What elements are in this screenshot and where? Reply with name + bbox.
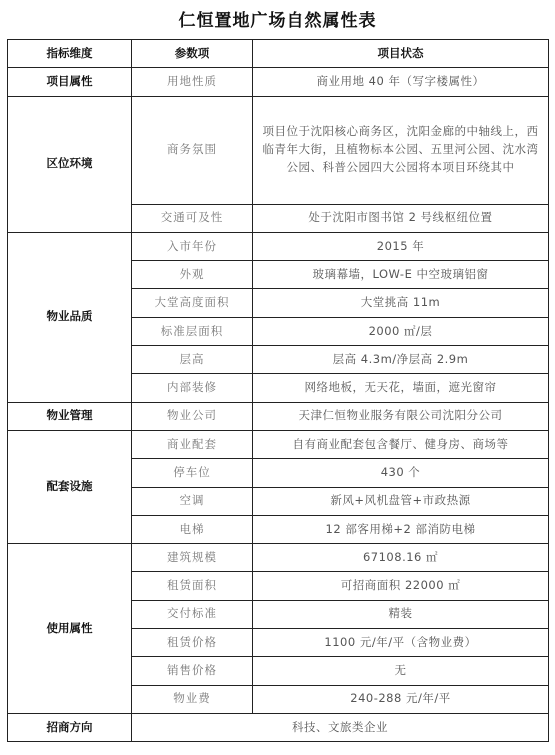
property-attributes-table: 指标维度 参数项 项目状态 项目属性 用地性质 商业用地 40 年（写字楼属性）…: [7, 39, 549, 742]
param-cell: 外观: [132, 261, 253, 289]
value-cell: 可招商面积 22000 ㎡: [253, 572, 549, 600]
value-cell: 精装: [253, 600, 549, 628]
param-cell: 大堂高度面积: [132, 289, 253, 317]
value-cell: 67108.16 ㎡: [253, 544, 549, 572]
param-cell: 商业配套: [132, 430, 253, 458]
value-cell: 自有商业配套包含餐厅、健身房、商场等: [253, 430, 549, 458]
table-row: 使用属性 建筑规模 67108.16 ㎡: [8, 544, 549, 572]
value-cell: 玻璃幕墙，LOW-E 中空玻璃铝窗: [253, 261, 549, 289]
table-row: 项目属性 用地性质 商业用地 40 年（写字楼属性）: [8, 68, 549, 96]
dimension-cell: 招商方向: [8, 713, 132, 741]
param-cell: 用地性质: [132, 68, 253, 96]
dimension-cell: 区位环境: [8, 96, 132, 232]
value-cell: 商业用地 40 年（写字楼属性）: [253, 68, 549, 96]
value-cell: 2000 ㎡/层: [253, 317, 549, 345]
table-row: 物业品质 入市年份 2015 年: [8, 232, 549, 260]
table-row: 配套设施 商业配套 自有商业配套包含餐厅、健身房、商场等: [8, 430, 549, 458]
param-cell: 租赁面积: [132, 572, 253, 600]
table-row: 区位环境 商务氛围 项目位于沈阳核心商务区，沈阳金廊的中轴线上，西临青年大街，且…: [8, 96, 549, 204]
param-cell: 层高: [132, 346, 253, 374]
value-cell: 新风+风机盘管+市政热源: [253, 487, 549, 515]
value-cell: 大堂挑高 11m: [253, 289, 549, 317]
value-cell: 无: [253, 657, 549, 685]
value-cell: 层高 4.3m/净层高 2.9m: [253, 346, 549, 374]
param-cell: 商务氛围: [132, 96, 253, 204]
dimension-cell: 物业品质: [8, 232, 132, 402]
param-cell: 停车位: [132, 459, 253, 487]
dimension-cell: 项目属性: [8, 68, 132, 96]
param-cell: 物业费: [132, 685, 253, 713]
value-cell: 430 个: [253, 459, 549, 487]
value-cell: 处于沈阳市图书馆 2 号线枢纽位置: [253, 204, 549, 232]
dimension-cell: 配套设施: [8, 430, 132, 543]
value-cell: 项目位于沈阳核心商务区，沈阳金廊的中轴线上，西临青年大街，且植物标本公园、五里河…: [253, 96, 549, 204]
value-cell: 12 部客用梯+2 部消防电梯: [253, 515, 549, 543]
param-cell: 内部装修: [132, 374, 253, 402]
header-parameter: 参数项: [132, 40, 253, 68]
value-cell: 科技、文旅类企业: [132, 713, 549, 741]
value-cell: 天津仁恒物业服务有限公司沈阳分公司: [253, 402, 549, 430]
param-cell: 交通可及性: [132, 204, 253, 232]
header-dimension: 指标维度: [8, 40, 132, 68]
table-header-row: 指标维度 参数项 项目状态: [8, 40, 549, 68]
param-cell: 入市年份: [132, 232, 253, 260]
value-cell: 240-288 元/年/平: [253, 685, 549, 713]
param-cell: 空调: [132, 487, 253, 515]
table-row: 物业管理 物业公司 天津仁恒物业服务有限公司沈阳分公司: [8, 402, 549, 430]
param-cell: 交付标准: [132, 600, 253, 628]
page-title: 仁恒置地广场自然属性表: [0, 6, 555, 31]
value-cell: 网络地板，无天花，墙面，遮光窗帘: [253, 374, 549, 402]
value-cell: 2015 年: [253, 232, 549, 260]
header-status: 项目状态: [253, 40, 549, 68]
table-row-footer: 招商方向 科技、文旅类企业: [8, 713, 549, 741]
value-cell: 1100 元/年/平（含物业费）: [253, 629, 549, 657]
dimension-cell: 物业管理: [8, 402, 132, 430]
param-cell: 物业公司: [132, 402, 253, 430]
dimension-cell: 使用属性: [8, 544, 132, 714]
param-cell: 电梯: [132, 515, 253, 543]
param-cell: 销售价格: [132, 657, 253, 685]
param-cell: 标准层面积: [132, 317, 253, 345]
param-cell: 租赁价格: [132, 629, 253, 657]
param-cell: 建筑规模: [132, 544, 253, 572]
